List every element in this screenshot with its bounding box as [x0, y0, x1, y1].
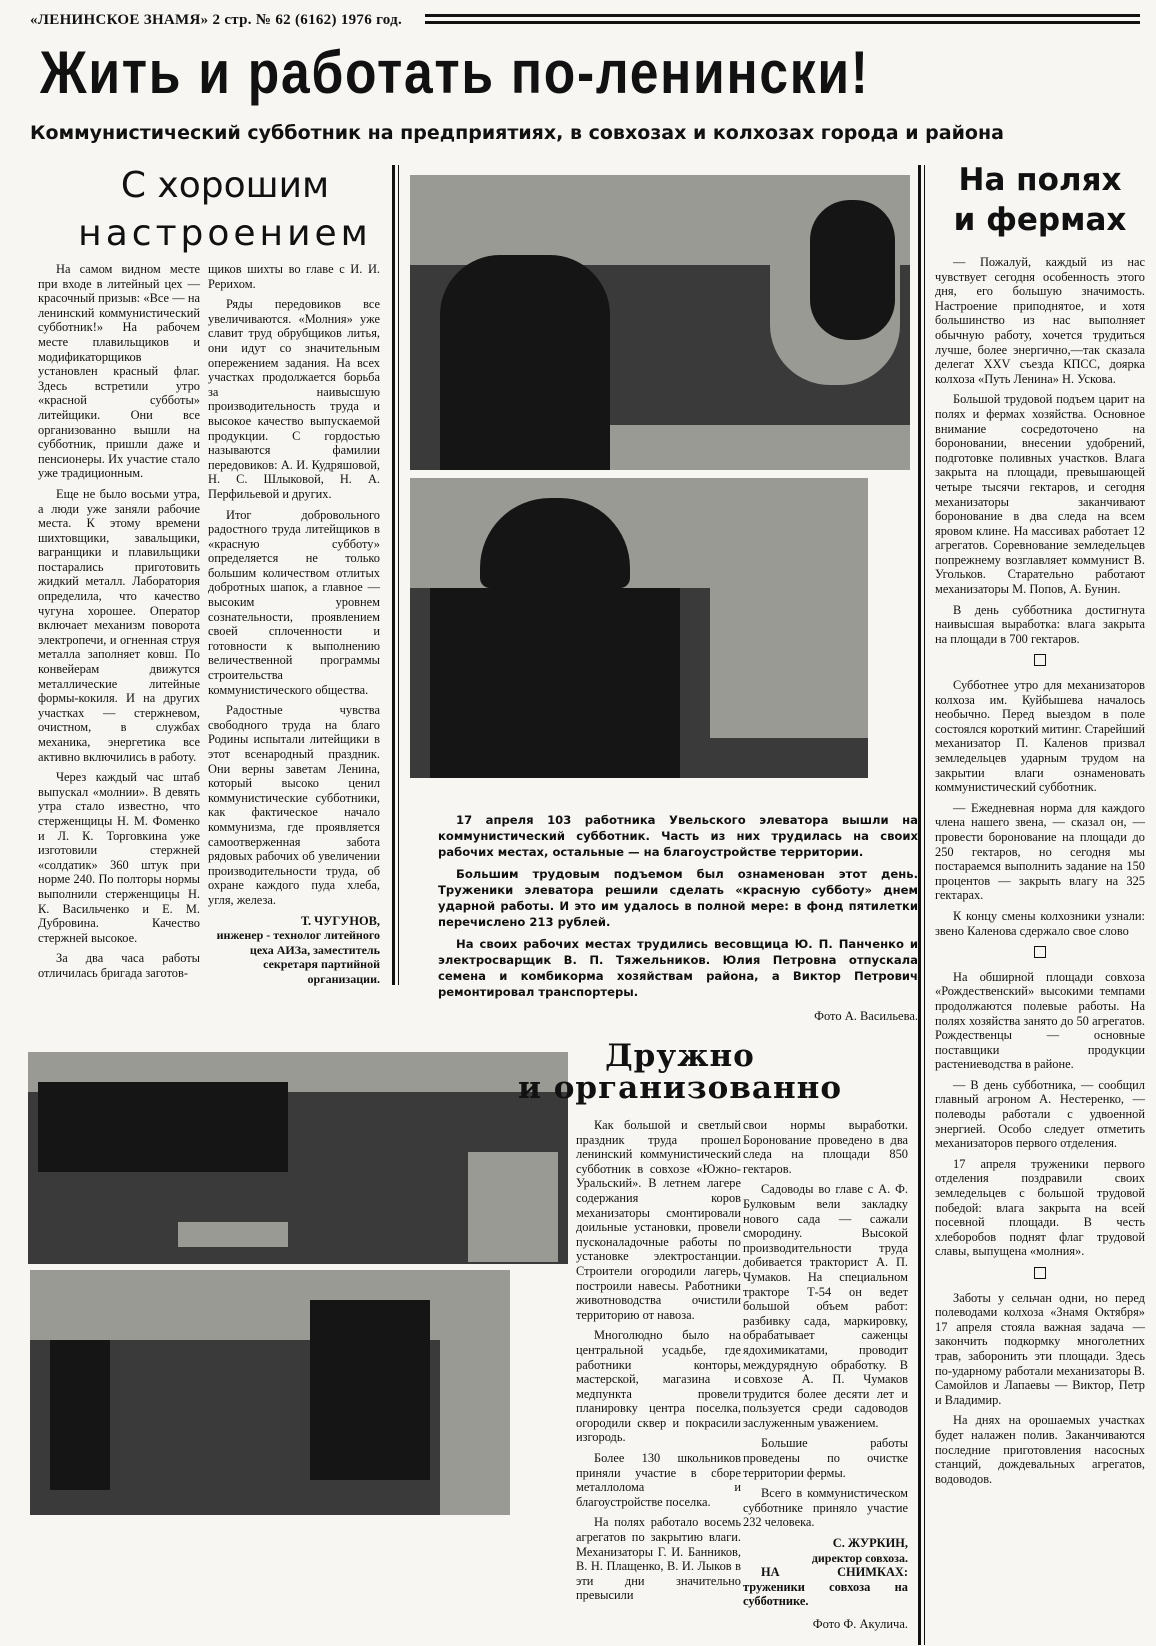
caption-paragraph: 17 апреля 103 работника Увельского элева… — [438, 812, 918, 860]
author-signature: Т. ЧУГУНОВ, — [208, 914, 380, 929]
paragraph: Большой трудовой подъем царит на полях и… — [935, 392, 1145, 596]
article-title-sovkhoz: Дружно и организованно — [440, 1040, 920, 1104]
paragraph: Многолюдно было на центральной усадьбе, … — [576, 1328, 741, 1445]
paragraph: Заботы у сельчан одни, но перед полевода… — [935, 1291, 1145, 1408]
paragraph: Большие работы проведены по очистке терр… — [743, 1436, 908, 1480]
section-separator — [935, 654, 1145, 670]
caption-paragraph: Большим трудовым подъемом был ознаменова… — [438, 866, 918, 930]
author-role: директор совхоза. — [743, 1551, 908, 1566]
title-line-1: Дружно — [440, 1040, 920, 1072]
title-line-2: и организованно — [440, 1072, 920, 1104]
masthead: «ЛЕНИНСКОЕ ЗНАМЯ» 2 стр. № 62 (6162) 197… — [30, 12, 402, 29]
paragraph: Итог добровольного радостного труда лите… — [208, 508, 380, 698]
paragraph: К концу смены колхозники узнали: звено К… — [935, 909, 1145, 938]
paragraph: На обширной площади совхоза «Рождественс… — [935, 970, 1145, 1072]
foundry-column-1: На самом видном месте при входе в литейн… — [38, 262, 200, 987]
photo-caption-elevator: 17 апреля 103 работника Увельского элева… — [438, 812, 918, 1024]
photo-workers-in-field — [30, 1270, 510, 1515]
paragraph: Еще не было восьми утра, а люди уже заня… — [38, 487, 200, 764]
photo-note: НА СНИМКАХ: труженики совхоза на субботн… — [743, 1565, 908, 1609]
photo-credit: Фото А. Васильева. — [438, 1008, 918, 1024]
photo-credit: Фото Ф. Акулича. — [743, 1617, 908, 1632]
paragraph: свои нормы выработки. Боронование провед… — [743, 1118, 908, 1176]
column-rule — [398, 165, 399, 985]
paragraph: — Ежедневная норма для каждого члена наш… — [935, 801, 1145, 903]
column-rule — [392, 165, 395, 985]
author-role: инженер - технолог литейного цеха АИЗа, … — [208, 928, 380, 986]
photo-welder-at-work — [410, 478, 868, 778]
paragraph: Через каждый час штаб выпускал «молнии».… — [38, 770, 200, 945]
paragraph: На днях на орошаемых участках будет нала… — [935, 1413, 1145, 1486]
paragraph: На самом видном месте при входе в литейн… — [38, 262, 200, 481]
paragraph: — Пожалуй, каждый из нас чувствует сегод… — [935, 255, 1145, 386]
paragraph: Более 130 школьников приняли участие в с… — [576, 1451, 741, 1509]
sub-headline: Коммунистический субботник на предприяти… — [30, 122, 1150, 144]
masthead-rule — [425, 14, 1140, 24]
caption-paragraph: На своих рабочих местах трудились весовщ… — [438, 936, 918, 1000]
paragraph: Радостные чувства свободного труда на бл… — [208, 703, 380, 907]
paragraph: 17 апреля труженики первого отделения по… — [935, 1157, 1145, 1259]
paragraph: В день субботника достигнута наивысшая в… — [935, 603, 1145, 647]
section-separator — [935, 946, 1145, 962]
section-separator — [935, 1267, 1145, 1283]
column-rule — [918, 165, 921, 1645]
paragraph: Как большой и светлый праздник труда про… — [576, 1118, 741, 1322]
article-title-foundry: С хорошим настроением — [60, 162, 390, 258]
sovkhoz-column-1: Как большой и светлый праздник труда про… — [576, 1118, 741, 1609]
main-headline: Жить и работать по-ленински! — [40, 38, 986, 107]
square-icon — [1034, 654, 1046, 666]
paragraph: За два часа работы отличилась бригада за… — [38, 951, 200, 980]
title-line-2: и фермах — [935, 200, 1145, 240]
sovkhoz-column-2: свои нормы выработки. Боронование провед… — [743, 1118, 908, 1632]
column-rule — [924, 165, 925, 1645]
photo-woman-at-desk — [410, 175, 910, 470]
foundry-column-2: щиков шихты во главе с И. И. Рерихом. Ря… — [208, 262, 380, 987]
title-line-1: На полях — [935, 160, 1145, 200]
paragraph: Садоводы во главе с А. Ф. Булковым вели … — [743, 1182, 908, 1430]
paragraph: Всего в коммунистическом субботнике прин… — [743, 1486, 908, 1530]
paragraph: щиков шихты во главе с И. И. Рерихом. — [208, 262, 380, 291]
paragraph: Ряды передовиков все увеличиваются. «Мол… — [208, 297, 380, 501]
paragraph: — В день субботника, — сообщил главный а… — [935, 1078, 1145, 1151]
title-line-2: настроением — [60, 210, 390, 258]
title-line-1: С хорошим — [60, 162, 390, 210]
paragraph: Субботнее утро для механизаторов колхоза… — [935, 678, 1145, 795]
square-icon — [1034, 1267, 1046, 1279]
square-icon — [1034, 946, 1046, 958]
author-signature: С. ЖУРКИН, — [743, 1536, 908, 1551]
paragraph: На полях работало восемь агрегатов по за… — [576, 1515, 741, 1603]
article-title-fields: На полях и фермах — [935, 160, 1145, 240]
fields-column: — Пожалуй, каждый из нас чувствует сегод… — [935, 255, 1145, 1492]
